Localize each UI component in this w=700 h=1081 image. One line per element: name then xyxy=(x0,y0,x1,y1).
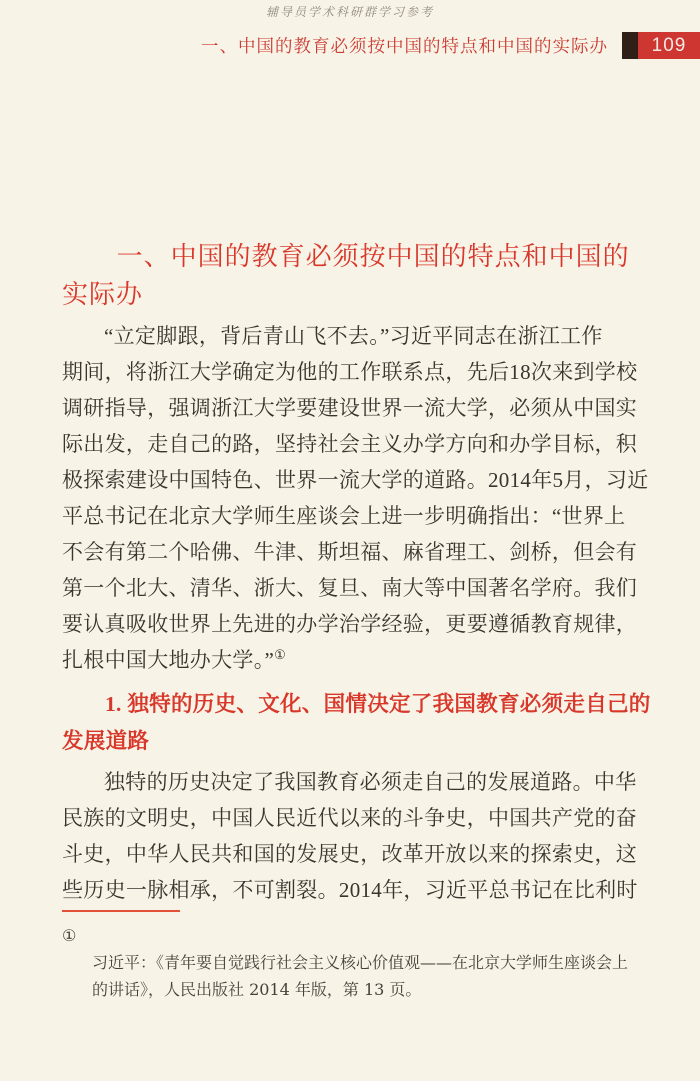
page-header: 一、中国的教育必须按中国的特点和中国的实际办 109 xyxy=(0,32,700,59)
page-number-box: 109 xyxy=(622,32,700,59)
footnote-marker: ① xyxy=(62,922,76,949)
footnote-area: ①习近平：《青年要自觉践行社会主义核心价值观——在北京大学师生座谈会上 的讲话》… xyxy=(62,910,654,1003)
book-page: { "watermark": { "text": "辅导员学术科研群学习参考" … xyxy=(0,0,700,1081)
section-subtitle: 1. 独特的历史、文化、国情决定了我国教育必须走自己的 发展道路 xyxy=(62,686,654,760)
watermark-text: 辅导员学术科研群学习参考 xyxy=(0,3,700,20)
footnote-divider-rule xyxy=(62,910,180,912)
page-number-dark-strip xyxy=(622,32,638,59)
paragraph-2: 独特的历史决定了我国教育必须走自己的发展道路。中华 民族的文明史，中国人民近代以… xyxy=(62,764,654,908)
footnote-reference-mark: ① xyxy=(274,647,286,662)
body-content: “立定脚跟，背后青山飞不去。”习近平同志在浙江工作 期间，将浙江大学确定为他的工… xyxy=(62,318,654,908)
running-title: 一、中国的教育必须按中国的特点和中国的实际办 xyxy=(201,33,608,58)
paragraph-1-text: “立定脚跟，背后青山飞不去。”习近平同志在浙江工作 期间，将浙江大学确定为他的工… xyxy=(62,324,649,672)
footnote-text: 习近平：《青年要自觉践行社会主义核心价值观——在北京大学师生座谈会上 的讲话》，… xyxy=(92,953,628,999)
page-number: 109 xyxy=(638,32,700,59)
paragraph-1: “立定脚跟，背后青山飞不去。”习近平同志在浙江工作 期间，将浙江大学确定为他的工… xyxy=(62,318,654,678)
chapter-title: 一、中国的教育必须按中国的特点和中国的 实际办 xyxy=(62,237,642,313)
footnote: ①习近平：《青年要自觉践行社会主义核心价值观——在北京大学师生座谈会上 的讲话》… xyxy=(62,922,654,1003)
